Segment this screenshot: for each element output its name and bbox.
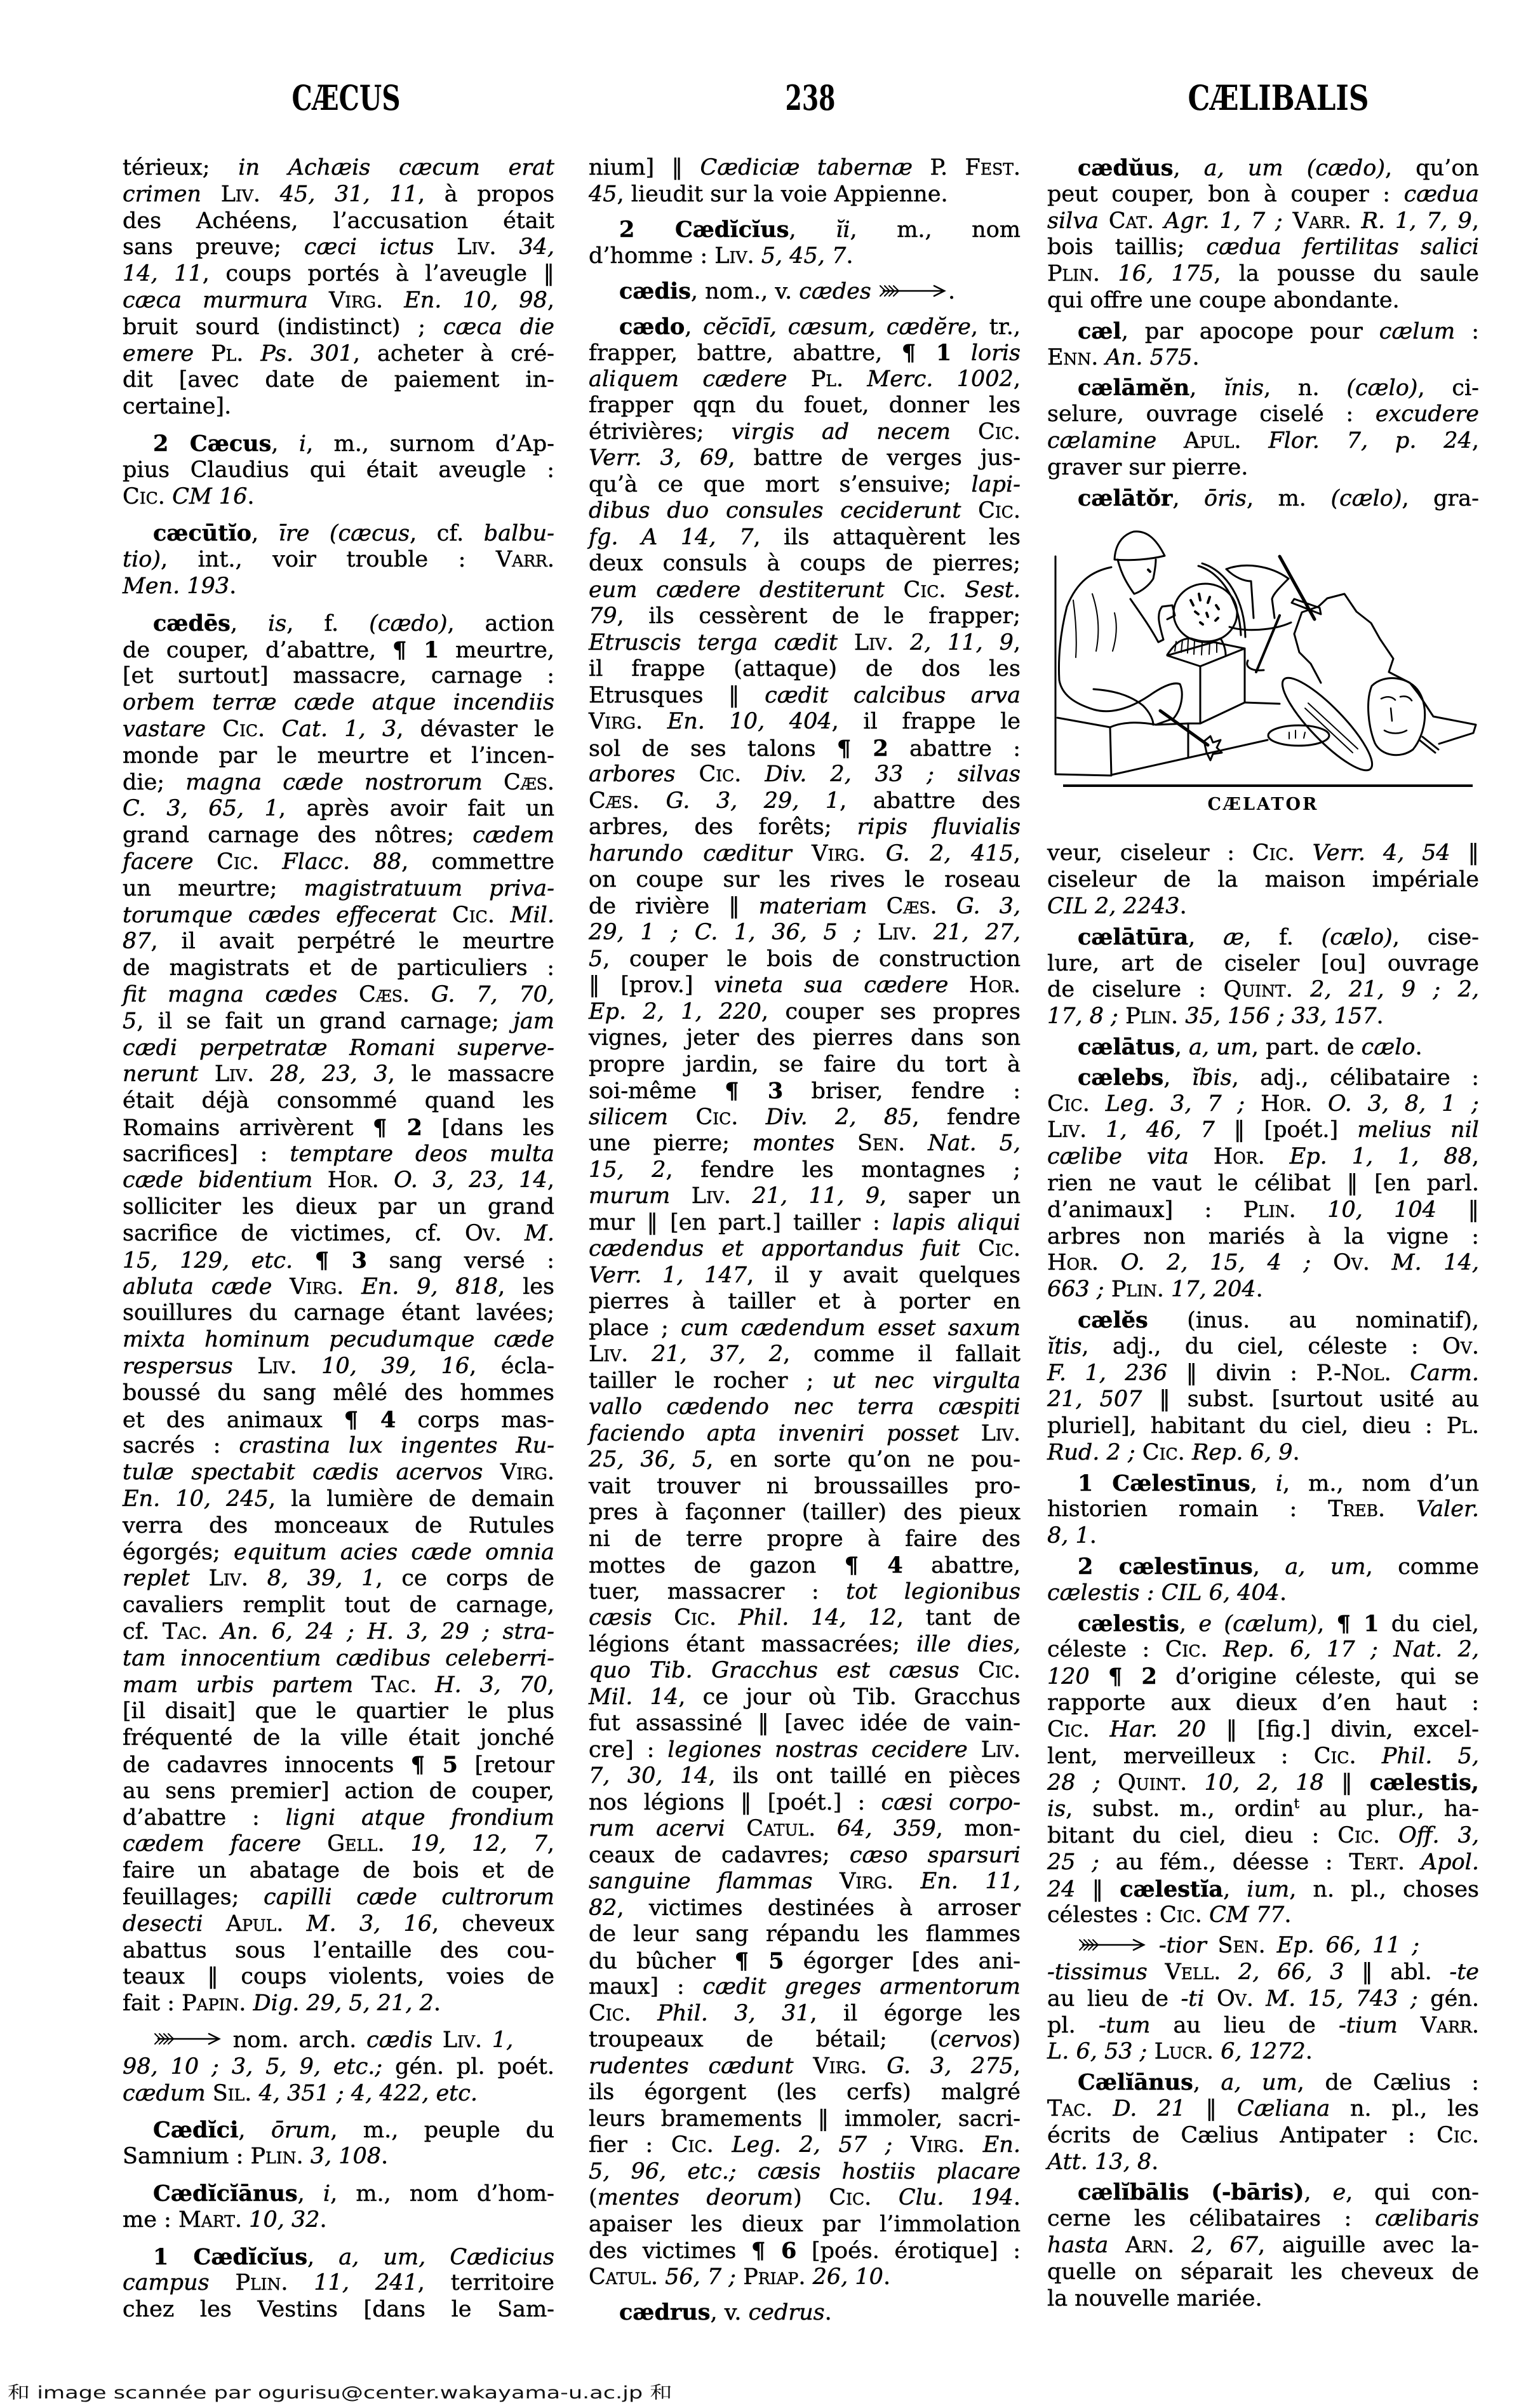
italic-text: temptare deos multa — [290, 1141, 554, 1167]
text-line: souillures du carnage étant lavées; — [123, 1300, 554, 1327]
italic-text: 87 — [123, 929, 151, 954]
entry-cæl: cæl, par apocope pour cælum :Enn. An. 57… — [1047, 318, 1479, 372]
italic-text: Att. 13, 8 — [1047, 2149, 1151, 2175]
italic-text: Ep. 2, 1, 220 — [589, 999, 761, 1025]
text-line: feuillages; capilli cæde cultrorum — [123, 1885, 554, 1911]
text-line: légions étant massacrées; ille dies, — [589, 1632, 1021, 1658]
italic-text: cæsi corpo- — [881, 1790, 1021, 1815]
italic-text: ĭtis — [1047, 1334, 1081, 1359]
text-line: fait : Papin. Dig. 29, 5, 21, 2. — [123, 1991, 554, 2017]
italic-text: 7, 30, 14 — [589, 1763, 709, 1789]
entry-2-cæcus: 2 Cæcus, i, m., surnom d’Ap-pius Claudiu… — [123, 431, 554, 510]
text-line: cælātus, a, um, part. de cælo. — [1047, 1034, 1479, 1061]
italic-text: An. 6, 24 ; H. 3, 29 ; stra- — [221, 1619, 554, 1644]
italic-text: Nat. 5, — [928, 1131, 1021, 1156]
bold-text: cælestĭa — [1120, 1876, 1223, 1902]
italic-text: vallo cædendo nec terra cæspiti — [589, 1394, 1021, 1420]
italic-text: Rep. 6, 17 ; Nat. 2, — [1223, 1637, 1479, 1662]
author-abbreviation: Cic. — [1337, 1823, 1380, 1848]
text-line: Cæs. G. 3, 29, 1, abattre des — [589, 788, 1021, 815]
text-line: F. 1, 236 ‖ divin : P.-Nol. Carm. — [1047, 1361, 1479, 1387]
italic-text: Carm. — [1410, 1361, 1479, 1386]
italic-text: Rep. 6, 9 — [1192, 1440, 1293, 1465]
text-line: cælestis : CIL 6, 404. — [1047, 1580, 1479, 1607]
text-line: replet Liv. 8, 39, 1, ce corps de — [123, 1566, 554, 1592]
italic-text: En. 10, 404 — [667, 709, 832, 734]
text-line: 45, lieudit sur la voie Appienne. — [589, 182, 1021, 208]
text-line: 663 ; Plin. 17, 204. — [1047, 1277, 1479, 1303]
text-line: 28 ; Quint. 10, 2, 18 ‖ cælestis, — [1047, 1770, 1479, 1796]
author-abbreviation: Cic. — [452, 903, 495, 928]
italic-text: cælamine — [1047, 428, 1156, 454]
author-abbreviation: Cic. — [671, 2132, 714, 2158]
author-abbreviation: Hor. — [1047, 1250, 1099, 1275]
author-abbreviation: Cic. — [222, 716, 265, 742]
text-line: la nouvelle mariée. — [1047, 2286, 1479, 2313]
text-line: Virg. En. 10, 404, il frappe le — [589, 709, 1021, 736]
italic-text: 26, 10 — [813, 2264, 883, 2290]
text-line: une pierre; montes Sen. Nat. 5, — [589, 1131, 1021, 1157]
author-abbreviation: Virg. — [500, 1460, 554, 1485]
italic-text: is — [1047, 1796, 1066, 1822]
text-line: crimen Liv. 45, 31, 11, à propos — [123, 182, 554, 208]
text-line: 5, il se fait un grand carnage; jam — [123, 1009, 554, 1035]
text-line: orbem terræ cæde atque incendiis — [123, 690, 554, 716]
italic-text: 5 — [123, 1009, 137, 1034]
bold-text: cædis — [619, 278, 691, 304]
text-line: de ciselure : Quint. 2, 21, 9 ; 2, — [1047, 977, 1479, 1004]
author-abbreviation: Virg. — [813, 2053, 867, 2079]
text-line: cælĭbālis (-bāris), e, qui con- — [1047, 2179, 1479, 2206]
text-line: me : Mart. 10, 32. — [123, 2207, 554, 2234]
text-line: cædi perpetratæ Romani superve- — [123, 1035, 554, 1062]
author-abbreviation: Cic. — [978, 498, 1021, 523]
italic-text: Cat. 1, 3 — [281, 716, 396, 742]
text-line: 82, victimes destinées à arroser — [589, 1895, 1021, 1922]
bold-text: ¶ 2 — [837, 736, 888, 762]
text-line: Hor. O. 2, 15, 4 ; Ov. M. 14, — [1047, 1250, 1479, 1277]
italic-text: (cædo) — [369, 611, 447, 636]
italic-text: Men. 193 — [123, 574, 229, 599]
italic-text: 11, 241 — [314, 2270, 417, 2295]
bold-text: cælestis, — [1370, 1770, 1479, 1796]
italic-text: silva — [1047, 208, 1099, 234]
author-abbreviation: Liv. — [714, 243, 754, 269]
text-line: cædrus, v. cedrus. — [589, 2299, 1021, 2326]
text-line: de rivière ‖ materiam Cæs. G. 3, — [589, 894, 1021, 920]
italic-text: Merc. 1002 — [867, 366, 1013, 392]
italic-text: dibus duo consules ceciderunt — [589, 498, 961, 523]
bold-text: cælestis — [1078, 1611, 1179, 1637]
italic-text: cælum — [1379, 319, 1455, 344]
italic-text: ille dies, — [916, 1632, 1021, 1657]
italic-text: Mil. 14 — [589, 1684, 678, 1710]
text-line: Romains arrivèrent ¶ 2 [dans les — [123, 1115, 554, 1141]
text-line: veur, ciseleur : Cic. Verr. 4, 54 ‖ — [1047, 840, 1479, 867]
superscript-text: t — [1294, 1796, 1299, 1811]
author-abbreviation: Liv. — [878, 920, 917, 945]
text-line: -tior Sen. Ep. 66, 11 ; — [1047, 1933, 1479, 1959]
text-line: emere Pl. Ps. 301, acheter à cré- — [123, 341, 554, 368]
text-line: bois taillis; cædua fertilitas salici — [1047, 234, 1479, 261]
italic-text: tio) — [123, 547, 161, 572]
text-line: Cic. CM 16. — [123, 484, 554, 511]
text-line: aliquem cædere Pl. Merc. 1002, — [589, 366, 1021, 393]
text-line: Liv. 21, 37, 2, comme il fallait — [589, 1341, 1021, 1368]
text-line: maux] : cædit greges armentorum — [589, 1974, 1021, 2001]
author-abbreviation: Tac. — [1047, 2096, 1093, 2121]
text-line: 98, 10 ; 3, 5, 9, etc.; gén. pl. poét. — [123, 2054, 554, 2081]
entry-cælĭbālis-bāris: cælĭbālis (-bāris), e, qui con-cerne les… — [1047, 2179, 1479, 2312]
text-line: (mentes deorum) Cic. Clu. 194. — [589, 2185, 1021, 2212]
italic-text: 45 — [589, 182, 617, 207]
author-abbreviation: Plin. — [251, 2144, 304, 2169]
italic-text: 21, 507 — [1047, 1387, 1142, 1412]
author-abbreviation: Tert. — [1349, 1850, 1405, 1875]
text-line: cædendus et apportandus fuit Cic. — [589, 1236, 1021, 1263]
text-line: deux consuls à coups de pierres; — [589, 551, 1021, 577]
italic-text: 2, 66, 3 — [1238, 1959, 1344, 1985]
italic-text: 28 ; — [1047, 1770, 1101, 1796]
entry-cælebs: cælebs, ĭbis, adj., célibataire :Cic. Le… — [1047, 1065, 1479, 1303]
italic-text: a, um — [1221, 2070, 1297, 2095]
text-line: vignes, jeter des pierres dans son — [589, 1025, 1021, 1052]
italic-text: 17, 8 ; — [1047, 1004, 1118, 1029]
italic-text: cædit greges armentorum — [703, 1974, 1021, 1999]
text-line: ceaux de cadavres; cæso sparsuri — [589, 1843, 1021, 1869]
author-abbreviation: Cic. — [1314, 1744, 1356, 1769]
text-line: faciendo apta inveniri posset Liv. — [589, 1421, 1021, 1448]
text-line: Rud. 2 ; Cic. Rep. 6, 9. — [1047, 1440, 1479, 1467]
italic-text: 3, 108 — [311, 2144, 381, 2169]
author-abbreviation: Varr. — [1421, 2013, 1479, 2038]
italic-text: 35, 156 ; 33, 157 — [1185, 1004, 1376, 1029]
bold-text: cædēs — [153, 610, 231, 636]
text-line: sacrifice de victimes, cf. Ov. M. — [123, 1221, 554, 1247]
italic-text: desecti — [123, 1911, 203, 1937]
text-line: leurs bramements ‖ immoler, sacri- — [589, 2106, 1021, 2133]
italic-text: 56, 7 ; — [665, 2264, 736, 2290]
author-abbreviation: Hor. — [328, 1167, 379, 1193]
caelator-figure: CÆLATOR — [1047, 511, 1479, 840]
italic-text: lapi- — [972, 472, 1021, 497]
italic-text: a, um — [1285, 1554, 1365, 1580]
text-line: cædum Sil. 4, 351 ; 4, 422, etc. — [123, 2081, 554, 2107]
italic-text: cĕcīdī, cæsum, cædĕre — [703, 314, 971, 340]
italic-text: G. 3, 275 — [887, 2053, 1014, 2079]
text-line: égorgés; equitum acies cæde omnia — [123, 1540, 554, 1566]
italic-text: campus — [123, 2270, 210, 2295]
italic-text: a, um — [1204, 156, 1283, 181]
author-abbreviation: Virg. — [290, 1274, 344, 1300]
italic-text: 10, 2, 18 — [1205, 1770, 1324, 1796]
text-line: silva Cat. Agr. 1, 7 ; Varr. R. 1, 7, 9, — [1047, 208, 1479, 235]
text-line: boussé du sang mêlé des hommes — [123, 1380, 554, 1407]
text-line: vallo cædendo nec terra cæspiti — [589, 1394, 1021, 1421]
italic-text: CIL 2, 2243 — [1047, 894, 1180, 919]
author-abbreviation: Cic. — [695, 1105, 738, 1130]
italic-text: arbores — [589, 762, 675, 787]
left-guide-word: CÆCUS — [292, 77, 401, 118]
italic-text: tot legionibus — [846, 1579, 1021, 1604]
text-line: cædŭus, a, um (cædo), qu’on — [1047, 155, 1479, 182]
italic-text: crastina lux ingentes Ru- — [239, 1433, 554, 1458]
text-line: mur ‖ [en part.] tailler : lapis aliqui — [589, 1210, 1021, 1237]
bold-text: cædŭus — [1078, 155, 1174, 181]
italic-text: 2, 21, 9 ; 2, — [1310, 977, 1479, 1002]
italic-text: facere — [123, 849, 194, 875]
text-line: nerunt Liv. 28, 23, 3, le massacre — [123, 1061, 554, 1088]
text-line: Mil. 14, ce jour où Tib. Gracchus — [589, 1684, 1021, 1711]
italic-text: montes — [753, 1131, 835, 1156]
italic-text: -te — [1449, 1959, 1479, 1985]
text-line: cre] : legiones nostras cecidere Liv. — [589, 1737, 1021, 1764]
text-line: 29, 1 ; C. 1, 36, 5 ; Liv. 21, 27, — [589, 920, 1021, 946]
author-abbreviation: Apul. — [1184, 428, 1241, 454]
bold-text: cælĕs — [1078, 1307, 1148, 1333]
text-line: cerne les célibataires : cælibaris — [1047, 2206, 1479, 2233]
italic-text: R. 1, 7, 9 — [1362, 208, 1472, 234]
text-line: solliciter les dieux par un grand — [123, 1194, 554, 1221]
italic-text: M. 14, — [1392, 1250, 1479, 1275]
text-line: qui offre une coupe abondante. — [1047, 288, 1479, 314]
italic-text: vastare — [123, 716, 206, 742]
text-line: sacrés : crastina lux ingentes Ru- — [123, 1433, 554, 1460]
italic-text: melius nil — [1357, 1117, 1479, 1143]
text-line: 21, 507 ‖ subst. [surtout usité au — [1047, 1387, 1479, 1413]
text-line: Samnium : Plin. 3, 108. — [123, 2144, 554, 2170]
text-line: mixta hominum pecudumque cæde — [123, 1327, 554, 1354]
text-line: torumque cædes effecerat Cic. Mil. — [123, 903, 554, 929]
text-line: ciseleur de la maison impériale — [1047, 867, 1479, 894]
author-abbreviation: Cic. — [1436, 2123, 1479, 2148]
text-line: tio), int., voir trouble : Varr. — [123, 547, 554, 574]
italic-text: magna cæde nostrorum — [185, 770, 483, 795]
text-line: frapper, battre, abattre, ¶ 1 loris — [589, 340, 1021, 366]
entry-continuation: veur, ciseleur : Cic. Verr. 4, 54 ‖cisel… — [1047, 840, 1479, 920]
italic-text: Agr. 1, 7 ; — [1164, 208, 1283, 234]
italic-text: silicem — [589, 1105, 668, 1130]
text-line: qu’à ce que mort s’ensuive; lapi- — [589, 472, 1021, 499]
italic-text: O. 3, 23, 14 — [394, 1167, 547, 1193]
author-abbreviation: Virg. — [840, 1869, 894, 1894]
italic-text: ōris — [1204, 486, 1247, 511]
text-line: Cædĭcĭānus, i, m., nom d’hom- — [123, 2181, 554, 2207]
author-abbreviation: Cic. — [1160, 1902, 1202, 1928]
italic-text: tam innocentium cædibus celeberri- — [123, 1646, 554, 1671]
italic-text: cædem facere — [123, 1831, 301, 1857]
text-line: fg. A 14, 7, ils attaquèrent les — [589, 525, 1021, 551]
italic-text: rudentes cædunt — [589, 2053, 794, 2079]
italic-text: i — [323, 2181, 330, 2207]
italic-text: Clu. 194 — [899, 2185, 1014, 2210]
text-line: monde par le meurtre et l’incen- — [123, 743, 554, 770]
text-line: tailler le rocher ; ut nec virgulta — [589, 1368, 1021, 1395]
entry-continuation: térieux; in Achæis cæcum eratcrimen Liv.… — [123, 155, 554, 420]
text-line: vastare Cic. Cat. 1, 3, dévaster le — [123, 716, 554, 743]
italic-text: -tior — [1159, 1933, 1207, 1958]
text-line: d’abattre : ligni atque frondium — [123, 1805, 554, 1832]
entry-cædrus: cædrus, v. cedrus. — [589, 2299, 1021, 2326]
italic-text: -tum — [1099, 2013, 1151, 2038]
text-line: faire un abatage de bois et de — [123, 1858, 554, 1885]
bold-text: ¶ 2 — [373, 1115, 422, 1141]
bold-text: ¶ 6 — [751, 2238, 796, 2264]
author-abbreviation: Cic. — [1047, 1091, 1090, 1117]
author-abbreviation: Virg. — [589, 709, 643, 734]
italic-text: Ep. 1, 1, 88 — [1290, 1144, 1472, 1169]
text-line: lure, art de ciseler [ou] ouvrage — [1047, 951, 1479, 978]
author-abbreviation: Pl. — [1447, 1413, 1479, 1439]
bold-text: 2 Cædĭcĭus — [619, 217, 789, 243]
text-line: propre jardin, se faire du tort à — [589, 1052, 1021, 1079]
text-line: 5, 96, etc.; cæsis hostiis placare — [589, 2159, 1021, 2186]
italic-text: fg. A 14, 7 — [589, 525, 753, 550]
italic-text: Leg. 2, 57 ; — [732, 2132, 892, 2158]
italic-text: mentes deorum — [598, 2185, 793, 2210]
text-line: Catul. 56, 7 ; Priap. 26, 10. — [589, 2264, 1021, 2291]
italic-text: sanguine flammas — [589, 1869, 813, 1894]
author-abbreviation: Cic. — [1252, 840, 1295, 866]
text-line: Etrusques ‖ cædit calcibus arva — [589, 683, 1021, 709]
italic-text: ligni atque frondium — [286, 1805, 554, 1831]
author-abbreviation: Cic. — [674, 1605, 716, 1630]
entry-cælāmĕn: cælāmĕn, ĭnis, n. (cælo), ci-selure, ouv… — [1047, 375, 1479, 481]
italic-text: G. 2, 415 — [886, 841, 1014, 866]
text-line: vait trouver ni broussailles pro- — [589, 1474, 1021, 1500]
bold-text: ¶ 1 — [1337, 1611, 1379, 1637]
italic-text: 1, — [492, 2027, 513, 2053]
italic-text: faciendo apta inveniri posset — [589, 1421, 959, 1446]
italic-text: cælibaris — [1375, 2206, 1479, 2231]
text-line: Verr. 3, 69, battre de verges jus- — [589, 445, 1021, 472]
text-line: tam innocentium cædibus celeberri- — [123, 1646, 554, 1672]
italic-text: cæca murmura — [123, 288, 308, 313]
text-line: cædis, nom., v. cædes . — [589, 278, 1021, 305]
text-line: respersus Liv. 10, 39, 16, écla- — [123, 1354, 554, 1380]
text-line: Cic. Leg. 3, 7 ; Hor. O. 3, 8, 1 ; — [1047, 1091, 1479, 1118]
text-line: cælamine Apul. Flor. 7, p. 24, — [1047, 428, 1479, 455]
text-line: nium] ‖ Cædiciæ tabernæ P. Fest. — [589, 155, 1021, 182]
author-abbreviation: Priap. — [743, 2264, 805, 2290]
italic-text: 8, 39, 1 — [267, 1566, 376, 1591]
author-abbreviation: Cic. — [978, 419, 1021, 445]
author-abbreviation: Liv. — [981, 1737, 1021, 1763]
text-line: pluriel], habitant du ciel, dieu : Pl. — [1047, 1413, 1479, 1440]
italic-text: Phil. 5, — [1382, 1744, 1479, 1769]
italic-text: Div. 2, 85 — [766, 1105, 913, 1130]
author-abbreviation: Liv. — [981, 1421, 1021, 1446]
author-abbreviation: Vell. — [1165, 1959, 1221, 1985]
author-abbreviation: Liv. — [1047, 1117, 1087, 1143]
italic-text: æ — [1223, 925, 1244, 950]
text-line: rum acervi Catul. 64, 359, mon- — [589, 1816, 1021, 1843]
text-line: rien ne vaut le célibat ‖ [en parl. — [1047, 1171, 1479, 1197]
italic-text: 98, 10 ; 3, 5, 9, etc.; — [123, 2054, 382, 2080]
entry-cædo: cædo, cĕcīdī, cæsum, cædĕre, tr.,frapper… — [589, 314, 1021, 2291]
author-abbreviation: P. Fest. — [930, 155, 1021, 180]
text-line: cæca murmura Virg. En. 10, 98, — [123, 288, 554, 314]
text-line: mottes de gazon ¶ 4 abattre, — [589, 1552, 1021, 1579]
italic-text: 14, 11 — [123, 261, 203, 286]
text-line: céleste : Cic. Rep. 6, 17 ; Nat. 2, — [1047, 1637, 1479, 1663]
text-line: grand carnage des nôtres; cædem — [123, 823, 554, 849]
italic-text: 6, 1272 — [1221, 2039, 1306, 2064]
text-line: de magistrats et de particuliers : — [123, 955, 554, 982]
author-abbreviation: Cat. — [1109, 208, 1154, 234]
bold-text: cæl — [1078, 318, 1122, 344]
italic-text: jam — [513, 1009, 554, 1034]
italic-text: H. 3, 70 — [435, 1672, 547, 1698]
text-line: Plin. 16, 175, la pousse du saule — [1047, 261, 1479, 288]
text-line: desecti Apul. M. 3, 16, cheveux — [123, 1911, 554, 1938]
text-line: arbres, des forêts; ripis fluvialis — [589, 814, 1021, 841]
italic-text: 4, 351 ; 4, 422, etc. — [259, 2081, 478, 2106]
italic-text: 5 — [589, 946, 603, 972]
text-line: cædo, cĕcīdī, cæsum, cædĕre, tr., — [589, 314, 1021, 340]
author-abbreviation: Cic. — [1142, 1440, 1185, 1465]
italic-text: 34, — [519, 234, 554, 260]
bold-text: Cædĭcĭānus — [153, 2181, 298, 2207]
text-line: tulæ spectabit cædis acervos Virg. — [123, 1460, 554, 1486]
italic-text: Flor. 7, p. 24 — [1268, 428, 1472, 454]
entry-cædis: cædis, nom., v. cædes . — [589, 278, 1021, 305]
italic-text: M. 3, 16 — [307, 1911, 432, 1937]
italic-text: -tissimus — [1047, 1959, 1148, 1985]
text-line: Cælĭānus, a, um, de Cælius : — [1047, 2069, 1479, 2096]
text-line: frapper qqn du fouet, donner les — [589, 393, 1021, 419]
text-line: Liv. 1, 46, 7 ‖ [poét.] melius nil — [1047, 1117, 1479, 1144]
author-abbreviation: Cic. — [904, 577, 946, 603]
italic-text: Phil. 14, 12 — [739, 1605, 897, 1630]
italic-text: lapis aliqui — [892, 1210, 1021, 1235]
text-line: cæde bidentium Hor. O. 3, 23, 14, — [123, 1167, 554, 1194]
bold-text: cælātŏr — [1078, 485, 1172, 511]
text-line: Cic. Phil. 3, 31, il égorge les — [589, 2001, 1021, 2027]
text-line: pius Claudius qui était aveugle : — [123, 457, 554, 484]
author-abbreviation: Plin. — [1125, 1004, 1178, 1029]
author-abbreviation: Plin. — [1111, 1277, 1164, 1302]
italic-text: cum cædendum esset saxum — [681, 1315, 1021, 1341]
text-line: dit [avec date de paiement in- — [123, 367, 554, 394]
italic-text: 8, 1 — [1047, 1523, 1090, 1549]
dictionary-page: CÆCUS 238 CÆLIBALIS térieux; in Achæis c… — [0, 0, 1540, 2406]
text-line: pres à façonner (tailler) des pieux — [589, 1500, 1021, 1526]
italic-text: Har. 20 — [1110, 1717, 1207, 1742]
italic-text: Mil. — [511, 903, 554, 928]
text-line: Verr. 1, 147, il y avait quelques — [589, 1263, 1021, 1289]
text-line: 1 Cædĭcĭus, a, um, Cædicius — [123, 2244, 554, 2271]
author-abbreviation: Treb. — [1328, 1496, 1385, 1522]
italic-text: O. 3, 8, 1 ; — [1328, 1091, 1479, 1117]
italic-text: (cælo) — [1346, 375, 1417, 401]
text-line: cælātūra, æ, f. (cælo), cise- — [1047, 924, 1479, 951]
text-line: C. 3, 65, 1, après avoir fait un — [123, 796, 554, 823]
italic-text: i — [299, 431, 306, 457]
italic-text: fit magna cædes — [123, 982, 337, 1007]
author-abbreviation: Lucr. — [1155, 2039, 1214, 2064]
italic-text: (cædo) — [1307, 156, 1385, 181]
author-abbreviation: P.-Nol. — [1316, 1361, 1391, 1386]
author-abbreviation: Plin. — [1047, 261, 1100, 286]
text-line: Ep. 2, 1, 220, couper ses propres — [589, 999, 1021, 1026]
caelator-engraver-illustration — [1054, 530, 1477, 780]
entry-cædĭci: Cædĭci, ōrum, m., peuple duSamnium : Pli… — [123, 2117, 554, 2170]
italic-text: 663 ; — [1047, 1277, 1104, 1302]
author-abbreviation: Catul. — [589, 2264, 658, 2290]
text-line: selure, ouvrage ciselé : excudere — [1047, 401, 1479, 428]
text-line: ni de terre propre à faire des — [589, 1526, 1021, 1553]
